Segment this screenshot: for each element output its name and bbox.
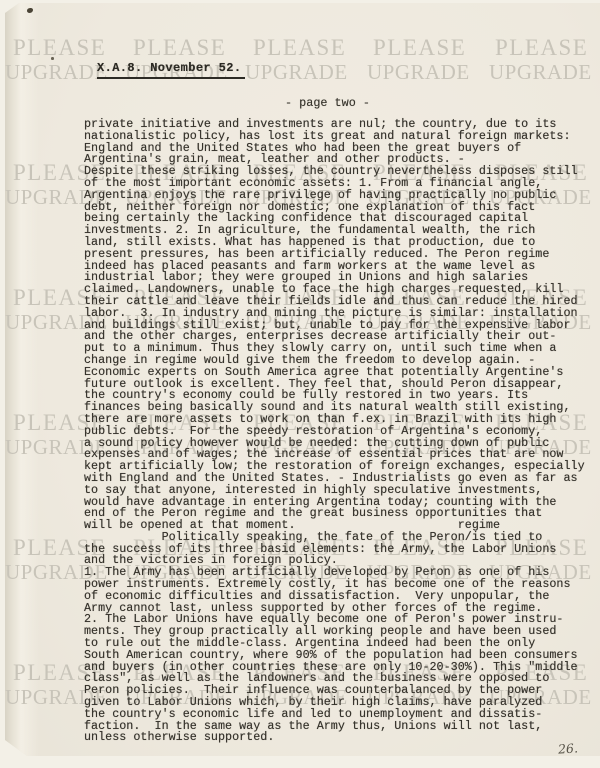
watermark-word-please: PLEASE [495,36,588,59]
watermark-word-upgrade: UPGRADE [489,62,592,83]
watermark-word-please: PLEASE [13,36,106,59]
watermark-word-please: PLEASE [373,36,466,59]
watermark-word-please: PLEASE [133,36,226,59]
watermark-word-please: PLEASE [253,36,346,59]
watermark-word-upgrade: UPGRADE [245,62,348,83]
typewritten-body-text: private initiative and investments are n… [84,119,585,744]
ink-speck [125,595,127,597]
handwritten-page-number: 26. [558,740,579,756]
document-reference: X.A.8. November 52. [97,61,245,79]
ink-speck [51,57,54,60]
watermark-word-upgrade: UPGRADE [5,62,108,83]
ink-speck [27,8,33,13]
document-page: PLEASEPLEASEPLEASEPLEASEPLEASEUPGRADEUPG… [5,3,600,756]
watermark-word-upgrade: UPGRADE [367,62,470,83]
paper-fold-edge [5,3,39,756]
page-label: - page two - [285,96,370,110]
scanned-document-screenshot: { "document": { "reference": "X.A.8. Nov… [0,0,600,768]
